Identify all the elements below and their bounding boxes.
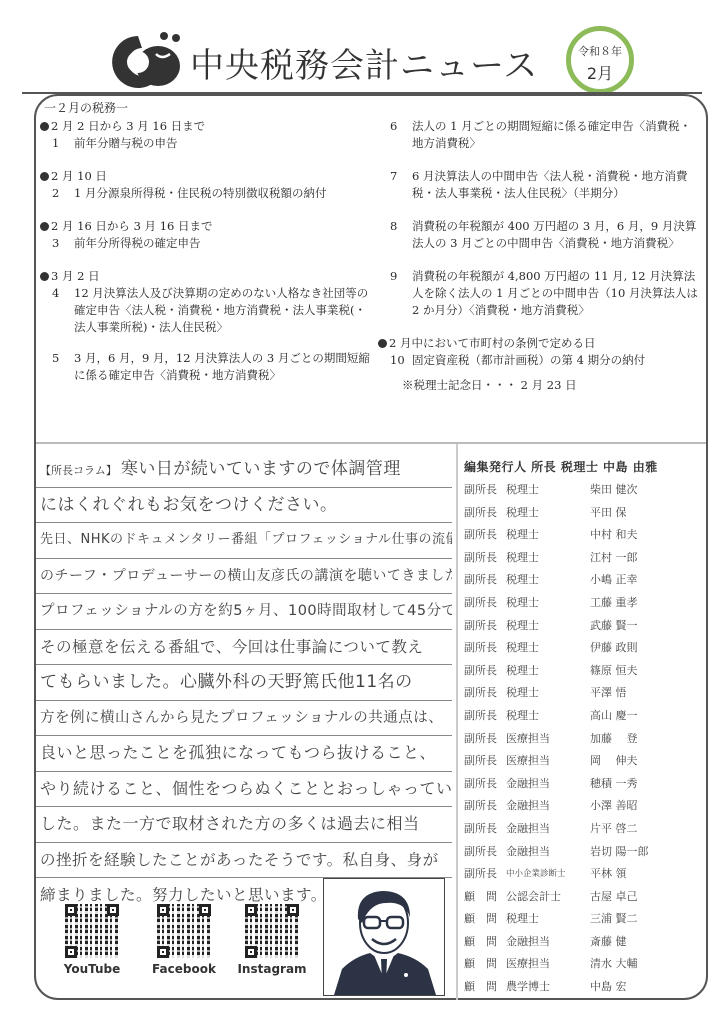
staff-name: 小嶋 正幸 bbox=[586, 569, 704, 592]
column-divider bbox=[456, 444, 458, 1000]
facebook-link[interactable]: Facebook bbox=[144, 904, 224, 976]
staff-role: 税理士 bbox=[506, 479, 586, 502]
staff-name: 高山 慶一 bbox=[586, 705, 704, 728]
staff-role: 医療担当 bbox=[506, 953, 586, 976]
instagram-qr-code-icon[interactable] bbox=[245, 904, 299, 958]
bullet-icon bbox=[40, 172, 49, 181]
staff-name: 古屋 卓己 bbox=[586, 886, 704, 909]
editor-publisher: 編集発行人 所長 税理士 中島 由雅 bbox=[464, 458, 704, 475]
staff-position: 副所長 bbox=[464, 479, 506, 502]
schedule-item: 9消費税の年税額が 4,800 万円超の 11 月, 12 月決算法人を除く法人… bbox=[378, 268, 698, 319]
facebook-label: Facebook bbox=[144, 962, 224, 976]
staff-row: 副所長金融担当穂積 一秀 bbox=[464, 773, 704, 796]
company-logo-icon bbox=[108, 30, 184, 92]
staff-name: 武藤 賢一 bbox=[586, 615, 704, 638]
staff-row: 副所長金融担当小澤 善昭 bbox=[464, 795, 704, 818]
staff-position: 顧 問 bbox=[464, 953, 506, 976]
staff-role: 税理士 bbox=[506, 908, 586, 931]
column-line: にはくれぐれもお気をつけください。 bbox=[36, 488, 452, 524]
column-line: その極意を伝える番組で、今回は仕事論について教え bbox=[36, 630, 452, 666]
staff-name: 中島 宏 bbox=[586, 976, 704, 999]
column-line: した。また一方で取材された方の多くは過去に相当 bbox=[36, 807, 452, 843]
staff-position: 副所長 bbox=[464, 502, 506, 525]
staff-row: 副所長金融担当片平 啓二 bbox=[464, 818, 704, 841]
staff-role: 医療担当 bbox=[506, 750, 586, 773]
staff-position: 顧 問 bbox=[464, 886, 506, 909]
staff-name: 工藤 重孝 bbox=[586, 592, 704, 615]
schedule-item: 412 月決算法人及び決算期の定めのない人格なき社団等の確定申告〈法人税・消費税… bbox=[40, 285, 370, 336]
youtube-label: YouTube bbox=[52, 962, 132, 976]
staff-role: 金融担当 bbox=[506, 818, 586, 841]
social-links: YouTube Facebook Instagram bbox=[52, 904, 312, 984]
staff-role: 医療担当 bbox=[506, 728, 586, 751]
staff-name: 小澤 善昭 bbox=[586, 795, 704, 818]
staff-role: 金融担当 bbox=[506, 931, 586, 954]
column-line: 先日、NHKのドキュメンタリー番組「プロフェッショナル仕事の流儀」 bbox=[36, 523, 452, 559]
staff-role: 税理士 bbox=[506, 569, 586, 592]
schedule-date: 2 月 10 日 bbox=[51, 168, 107, 185]
staff-role: 税理士 bbox=[506, 524, 586, 547]
staff-role: 税理士 bbox=[506, 660, 586, 683]
column-line: やり続けること、個性をつらぬくこととおっしゃっていま bbox=[36, 772, 452, 808]
column-line: 【所長コラム】寒い日が続いていますので体調管理 bbox=[36, 452, 452, 488]
column-label: 【所長コラム】 bbox=[40, 464, 117, 477]
schedule-item: 6法人の 1 月ごとの期間短縮に係る確定申告〈消費税・地方消費税〉 bbox=[378, 118, 698, 152]
staff-position: 副所長 bbox=[464, 750, 506, 773]
issue-era: 令和８年 bbox=[571, 43, 629, 59]
bullet-icon bbox=[40, 222, 49, 231]
staff-role: 税理士 bbox=[506, 705, 586, 728]
youtube-qr-code-icon[interactable] bbox=[65, 904, 119, 958]
staff-row: 副所長税理士平澤 悟 bbox=[464, 682, 704, 705]
tax-schedule-right-column: 6法人の 1 月ごとの期間短縮に係る確定申告〈消費税・地方消費税〉 76 月決算… bbox=[378, 118, 698, 394]
portrait-illustration-icon bbox=[324, 879, 444, 995]
staff-role: 税理士 bbox=[506, 615, 586, 638]
staff-position: 副所長 bbox=[464, 728, 506, 751]
tax-schedule-section: 一２月の税務一 2 月 2 日から 3 月 16 日まで 1前年分贈与税の申告 … bbox=[40, 100, 700, 440]
staff-position: 副所長 bbox=[464, 547, 506, 570]
column-line: 良いと思ったことを孤独になってもつら抜けること、 bbox=[36, 736, 452, 772]
staff-name: 穂積 一秀 bbox=[586, 773, 704, 796]
staff-role: 税理士 bbox=[506, 547, 586, 570]
staff-name: 斎藤 健 bbox=[586, 931, 704, 954]
staff-name: 三浦 賢二 bbox=[586, 908, 704, 931]
staff-name: 中村 和夫 bbox=[586, 524, 704, 547]
staff-role: 農学博士 bbox=[506, 976, 586, 999]
staff-directory: 編集発行人 所長 税理士 中島 由雅 副所長税理士柴田 健次副所長税理士平田 保… bbox=[464, 458, 704, 999]
staff-position: 副所長 bbox=[464, 795, 506, 818]
column-line: のチーフ・プロデューサーの横山友彦氏の講演を聴いてきました。 bbox=[36, 559, 452, 595]
instagram-label: Instagram bbox=[232, 962, 312, 976]
issue-month: 2月 bbox=[571, 61, 629, 84]
staff-row: 顧 問公認会計士古屋 卓己 bbox=[464, 886, 704, 909]
staff-row: 副所長中小企業診断士平林 領 bbox=[464, 863, 704, 886]
staff-name: 江村 一郎 bbox=[586, 547, 704, 570]
staff-row: 副所長税理士工藤 重孝 bbox=[464, 592, 704, 615]
director-portrait bbox=[323, 878, 445, 996]
staff-name: 柴田 健次 bbox=[586, 479, 704, 502]
staff-role: 金融担当 bbox=[506, 841, 586, 864]
staff-row: 副所長税理士江村 一郎 bbox=[464, 547, 704, 570]
facebook-qr-code-icon[interactable] bbox=[157, 904, 211, 958]
staff-role: 税理士 bbox=[506, 682, 586, 705]
staff-row: 副所長税理士平田 保 bbox=[464, 502, 704, 525]
staff-role: 金融担当 bbox=[506, 773, 586, 796]
schedule-item: 10固定資産税（都市計画税）の第 4 期分の納付 bbox=[378, 352, 698, 369]
staff-row: 副所長医療担当加藤 登 bbox=[464, 728, 704, 751]
tax-schedule-left-column: 2 月 2 日から 3 月 16 日まで 1前年分贈与税の申告 2 月 10 日… bbox=[40, 118, 370, 400]
youtube-link[interactable]: YouTube bbox=[52, 904, 132, 976]
schedule-date: 2 月 2 日から 3 月 16 日まで bbox=[51, 118, 205, 135]
staff-name: 平田 保 bbox=[586, 502, 704, 525]
staff-position: 副所長 bbox=[464, 705, 506, 728]
staff-row: 副所長税理士柴田 健次 bbox=[464, 479, 704, 502]
schedule-group: 2 月 16 日から 3 月 16 日まで 3前年分所得税の確定申告 bbox=[40, 218, 370, 252]
bullet-icon bbox=[378, 339, 387, 348]
staff-position: 顧 問 bbox=[464, 931, 506, 954]
staff-name: 岡 伸夫 bbox=[586, 750, 704, 773]
staff-role: 中小企業診断士 bbox=[506, 863, 586, 886]
staff-row: 顧 問税理士三浦 賢二 bbox=[464, 908, 704, 931]
schedule-item: 53 月，6 月，9 月，12 月決算法人の 3 月ごとの期間短縮に係る確定申告… bbox=[40, 350, 370, 384]
staff-position: 副所長 bbox=[464, 773, 506, 796]
tax-accountant-day-note: ※税理士記念日・・・ 2 月 23 日 bbox=[378, 377, 698, 394]
staff-position: 副所長 bbox=[464, 841, 506, 864]
staff-row: 顧 問金融担当斎藤 健 bbox=[464, 931, 704, 954]
staff-row: 副所長税理士高山 慶一 bbox=[464, 705, 704, 728]
staff-row: 副所長税理士篠原 恒夫 bbox=[464, 660, 704, 683]
schedule-group: 2 月 10 日 21 月分源泉所得税・住民税の特別徴収税額の納付 bbox=[40, 168, 370, 202]
staff-role: 公認会計士 bbox=[506, 886, 586, 909]
staff-position: 副所長 bbox=[464, 682, 506, 705]
schedule-item: 8消費税の年税額が 400 万円超の 3 月，6 月，9 月決算法人の 3 月ご… bbox=[378, 218, 698, 252]
staff-role: 税理士 bbox=[506, 502, 586, 525]
staff-name: 片平 啓二 bbox=[586, 818, 704, 841]
schedule-date: 2 月 16 日から 3 月 16 日まで bbox=[51, 218, 213, 235]
issue-date-badge: 令和８年 2月 bbox=[566, 26, 634, 94]
staff-name: 篠原 恒夫 bbox=[586, 660, 704, 683]
staff-row: 副所長税理士武藤 賢一 bbox=[464, 615, 704, 638]
staff-row: 副所長医療担当岡 伸夫 bbox=[464, 750, 704, 773]
column-line: プロフェッショナルの方を約5ヶ月、100時間取材して45分で bbox=[36, 594, 452, 630]
staff-position: 副所長 bbox=[464, 637, 506, 660]
staff-role: 税理士 bbox=[506, 637, 586, 660]
schedule-date: 3 月 2 日 bbox=[51, 268, 100, 285]
schedule-item: 21 月分源泉所得税・住民税の特別徴収税額の納付 bbox=[40, 185, 370, 202]
staff-position: 副所長 bbox=[464, 863, 506, 886]
staff-position: 副所長 bbox=[464, 524, 506, 547]
staff-row: 顧 問農学博士中島 宏 bbox=[464, 976, 704, 999]
schedule-group: 2 月中において市町村の条例で定める日 10固定資産税（都市計画税）の第 4 期… bbox=[378, 335, 698, 369]
staff-row: 副所長税理士伊藤 政則 bbox=[464, 637, 704, 660]
staff-name: 清水 大輔 bbox=[586, 953, 704, 976]
staff-name: 平林 領 bbox=[586, 863, 704, 886]
schedule-item: 3前年分所得税の確定申告 bbox=[40, 235, 370, 252]
staff-name: 伊藤 政則 bbox=[586, 637, 704, 660]
director-column: 【所長コラム】寒い日が続いていますので体調管理 にはくれぐれもお気をつけください… bbox=[36, 452, 452, 913]
schedule-date: 2 月中において市町村の条例で定める日 bbox=[389, 335, 595, 352]
schedule-item: 76 月決算法人の中間申告〈法人税・消費税・地方消費税・法人事業税・法人住民税〉… bbox=[378, 168, 698, 202]
staff-position: 副所長 bbox=[464, 592, 506, 615]
staff-row: 副所長金融担当岩切 陽一郎 bbox=[464, 841, 704, 864]
section-divider bbox=[36, 442, 706, 444]
staff-position: 顧 問 bbox=[464, 976, 506, 999]
bullet-icon bbox=[40, 122, 49, 131]
staff-name: 加藤 登 bbox=[586, 728, 704, 751]
staff-row: 顧 問医療担当清水 大輔 bbox=[464, 953, 704, 976]
bullet-icon bbox=[40, 272, 49, 281]
staff-list: 副所長税理士柴田 健次副所長税理士平田 保副所長税理士中村 和夫副所長税理士江村… bbox=[464, 479, 704, 999]
staff-position: 副所長 bbox=[464, 615, 506, 638]
schedule-group: 2 月 2 日から 3 月 16 日まで 1前年分贈与税の申告 bbox=[40, 118, 370, 152]
staff-position: 顧 問 bbox=[464, 908, 506, 931]
staff-role: 税理士 bbox=[506, 592, 586, 615]
newsletter-title: 中央税務会計ニュース bbox=[190, 38, 538, 87]
tax-schedule-title: 一２月の税務一 bbox=[44, 100, 128, 117]
staff-role: 金融担当 bbox=[506, 795, 586, 818]
instagram-link[interactable]: Instagram bbox=[232, 904, 312, 976]
column-line: の挫折を経験したことがあったそうです。私自身、身が bbox=[36, 843, 452, 879]
column-line: 方を例に横山さんから見たプロフェッショナルの共通点は、 bbox=[36, 701, 452, 737]
column-line: てもらいました。心臓外科の天野篤氏他11名の bbox=[36, 665, 452, 701]
staff-row: 副所長税理士小嶋 正幸 bbox=[464, 569, 704, 592]
staff-position: 副所長 bbox=[464, 660, 506, 683]
staff-position: 副所長 bbox=[464, 818, 506, 841]
header: 中央税務会計ニュース 令和８年 2月 bbox=[0, 0, 724, 96]
staff-name: 平澤 悟 bbox=[586, 682, 704, 705]
schedule-item: 1前年分贈与税の申告 bbox=[40, 135, 370, 152]
schedule-group: 3 月 2 日 412 月決算法人及び決算期の定めのない人格なき社団等の確定申告… bbox=[40, 268, 370, 384]
staff-name: 岩切 陽一郎 bbox=[586, 841, 704, 864]
staff-position: 副所長 bbox=[464, 569, 506, 592]
staff-row: 副所長税理士中村 和夫 bbox=[464, 524, 704, 547]
